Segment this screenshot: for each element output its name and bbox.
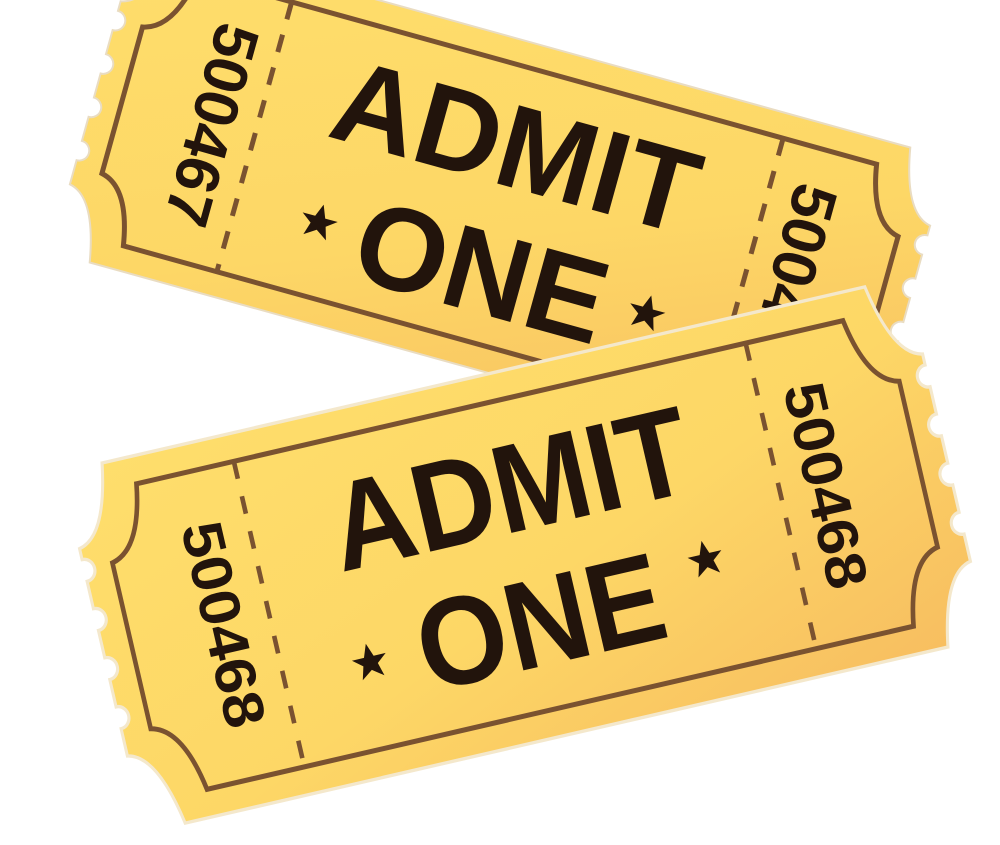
- admit-one-tickets-illustration: 500467 500467 ADMIT ONE 500468 500468 AD…: [0, 0, 1000, 845]
